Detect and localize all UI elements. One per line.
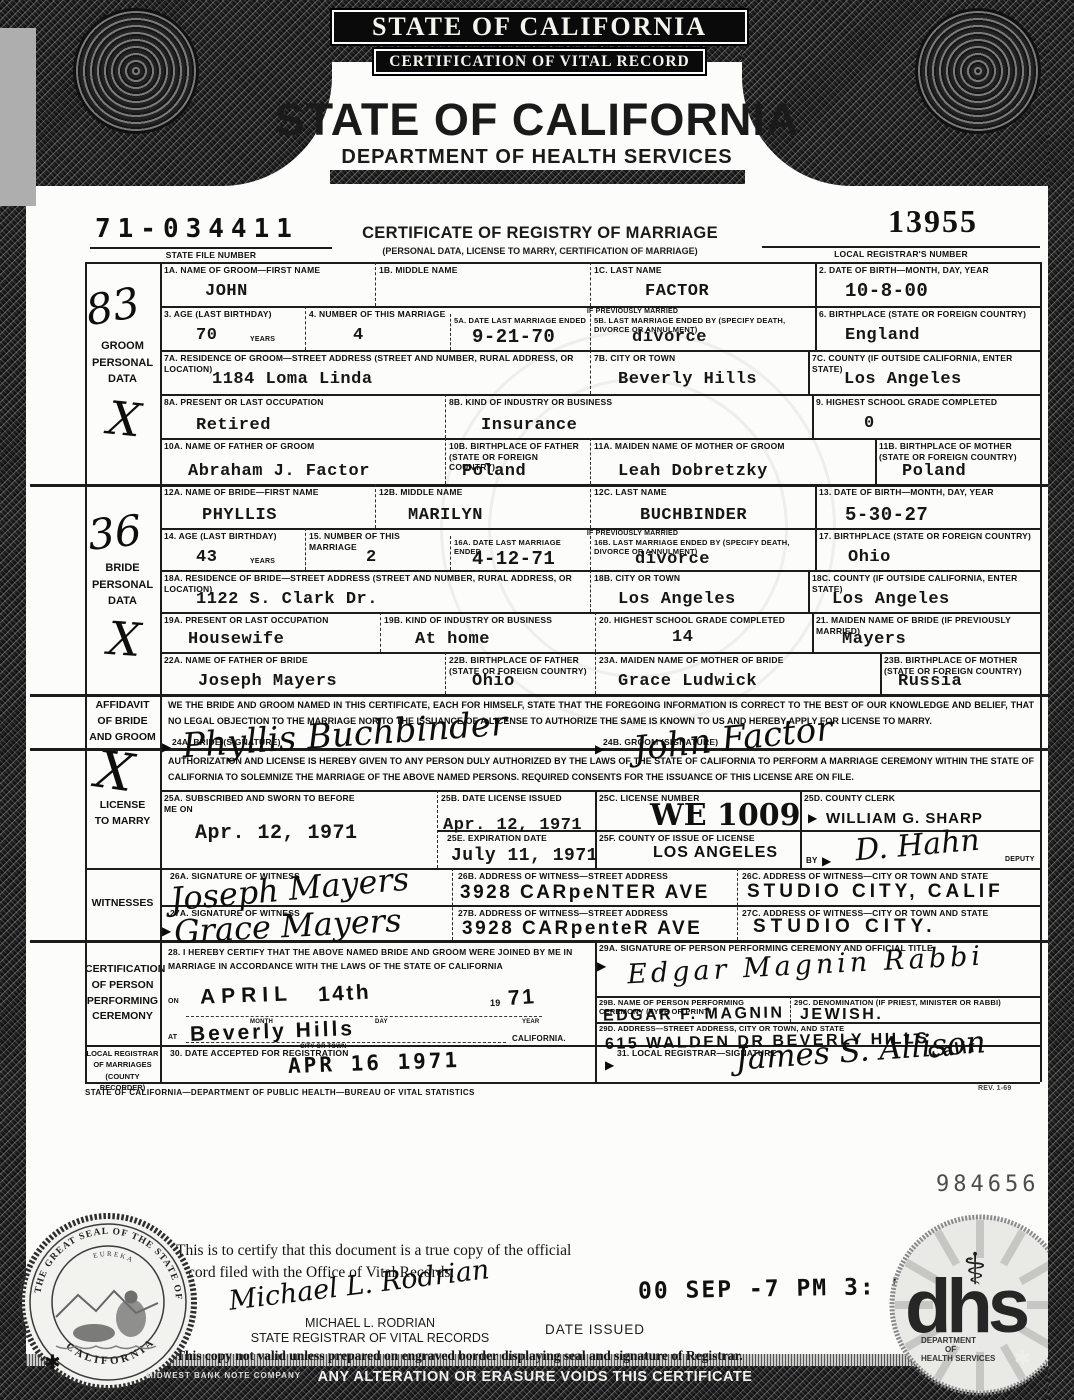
local-registrar-number-label: LOCAL REGISTRAR'S NUMBER — [762, 249, 1040, 260]
field-5b-groom-last-marriage-ended-by: 5B. LAST MARRIAGE ENDED BY (SPECIFY DEAT… — [590, 314, 815, 350]
field-value: Poland — [462, 462, 526, 481]
field-value: Abraham J. Factor — [188, 462, 370, 481]
field-25a-subscribed-and-sworn: 25A. SUBSCRIBED AND SWORN TO BEFORE ME O… — [160, 790, 437, 868]
handwritten-groom-age-note: 83 — [82, 278, 143, 336]
form-revision-note: REV. 1-69 — [978, 1085, 1011, 1094]
field-label: 13. DATE OF BIRTH—MONTH, DAY, YEAR — [819, 487, 994, 498]
state-file-number-label: STATE FILE NUMBER — [90, 250, 332, 261]
license-number-stamp: WE 1009 — [650, 798, 801, 833]
field-1b-groom-middle-name: 1B. MIDDLE NAME — [375, 262, 590, 306]
field-16b-bride-last-marriage-ended-by: 16B. LAST MARRIAGE ENDED BY (SPECIFY DEA… — [590, 536, 815, 570]
field-label: 25E. EXPIRATION DATE — [447, 833, 547, 844]
field-label: 15. NUMBER OF THIS MARRIAGE — [309, 531, 450, 552]
by-label: BY — [806, 856, 818, 866]
field-24a-bride-signature: 24A. BRIDE (SIGNATURE) ▶ Phyllis Buchbin… — [160, 715, 595, 748]
dhs-sub1: DEPARTMENT — [921, 1336, 976, 1345]
field-25e-expiration-date: 25E. EXPIRATION DATE July 11, 1971 — [437, 830, 595, 868]
field-8b-groom-industry: 8B. KIND OF INDUSTRY OR BUSINESS Insuran… — [445, 394, 812, 438]
field-label: 3. AGE (LAST BIRTHDAY) — [164, 309, 272, 320]
field-23a-mother-of-bride: 23A. MAIDEN NAME OF MOTHER OF BRIDE Grac… — [595, 652, 880, 694]
field-23b-mother-birthplace: 23B. BIRTHPLACE OF MOTHER (STATE OR FORE… — [880, 652, 1040, 694]
field-18b-bride-city: 18B. CITY OR TOWN Los Angeles — [590, 570, 808, 612]
field-label: 5A. DATE LAST MARRIAGE ENDED — [454, 316, 586, 325]
year-sublabel: YEAR — [522, 1019, 539, 1027]
field-value: Los Angeles — [618, 590, 736, 609]
field-18a-bride-residence: 18A. RESIDENCE OF BRIDE—STREET ADDRESS (… — [160, 570, 590, 612]
witness1-street-handwriting: 3928 CARpeNTER AVE — [460, 882, 710, 904]
field-value: July 11, 1971 — [451, 846, 598, 866]
section-label-affidavit: AFFIDAVIT OF BRIDE AND GROOM — [85, 698, 160, 745]
section-label-local-registrar: LOCAL REGISTRAR OF MARRIAGES (COUNTY REC… — [83, 1048, 162, 1093]
form-line — [90, 247, 332, 249]
seal-bear-art — [73, 1324, 115, 1342]
date-issued-stamp: 00 SEP -7 PM 3: 58 — [638, 1274, 924, 1305]
county-of-issue-value: LOS ANGELES — [653, 844, 778, 862]
field-29a-officiant-signature: 29A. SIGNATURE OF PERSON PERFORMING CERE… — [595, 940, 1040, 996]
field-value: 10-8-00 — [845, 280, 928, 302]
alteration-warning: ANY ALTERATION OR ERASURE VOIDS THIS CER… — [315, 1369, 755, 1385]
field-value: 1122 S. Clark Dr. — [196, 590, 378, 609]
field-label: 14. AGE (LAST BIRTHDAY) — [164, 531, 277, 542]
field-value: Mayers — [842, 630, 906, 649]
arrow-icon: ▶ — [162, 741, 171, 753]
field-16a-bride-date-last-marriage-ended: 16A. DATE LAST MARRIAGE ENDED 4-12-71 — [450, 536, 590, 570]
field-18c-bride-county: 18C. COUNTY (IF OUTSIDE CALIFORNIA, ENTE… — [808, 570, 1040, 612]
field-3-groom-age: 3. AGE (LAST BIRTHDAY) 70 YEARS — [160, 306, 305, 350]
section-label-ceremony: CERTIFICATION OF PERSON PERFORMING CEREM… — [85, 962, 160, 1025]
certificate-subtitle: (PERSONAL DATA, LICENSE TO MARRY, CERTIF… — [330, 246, 750, 256]
witness2-city-handwriting: STUDIO CITY. — [753, 916, 937, 938]
form-line — [1040, 262, 1042, 1082]
field-9-groom-school-grade: 9. HIGHEST SCHOOL GRADE COMPLETED 0 — [812, 394, 1040, 438]
field-value: Los Angeles — [844, 370, 962, 389]
field-value: Los Angeles — [832, 590, 950, 609]
form-line — [186, 1026, 506, 1043]
ceremony-cert-text: 28. I HEREBY CERTIFY THAT THE ABOVE NAME… — [168, 945, 588, 974]
field-value: Grace Ludwick — [618, 672, 757, 691]
field-label: 22A. NAME OF FATHER OF BRIDE — [164, 655, 308, 666]
section-label-license-to-marry: LICENSE TO MARRY — [85, 798, 160, 830]
field-7a-groom-residence: 7A. RESIDENCE OF GROOM—STREET ADDRESS (S… — [160, 350, 590, 394]
arrow-icon: ▶ — [808, 812, 817, 824]
field-25c-license-number: 25C. LICENSE NUMBER WE 1009 — [595, 790, 800, 830]
field-26c-witness-city-state: 26C. ADDRESS OF WITNESS—CITY OR TOWN AND… — [737, 868, 1040, 905]
field-label: 11A. MAIDEN NAME OF MOTHER OF GROOM — [594, 441, 785, 452]
field-value: At home — [415, 630, 490, 649]
seal-minerva-head-art — [125, 1291, 138, 1304]
field-19a-bride-occupation: 19A. PRESENT OR LAST OCCUPATION Housewif… — [160, 612, 380, 652]
field-label: 1B. MIDDLE NAME — [379, 265, 458, 276]
local-registrar-number: 13955 — [888, 203, 978, 240]
field-value: Insurance — [481, 416, 577, 435]
field-label: 1C. LAST NAME — [594, 265, 662, 276]
field-label: 25F. COUNTY OF ISSUE OF LICENSE — [599, 833, 755, 844]
registration-date-stamp: APR 16 1971 — [288, 1048, 461, 1078]
field-7c-groom-county: 7C. COUNTY (IF OUTSIDE CALIFORNIA, ENTER… — [808, 350, 1040, 394]
state-file-number: 71-034411 — [95, 214, 299, 244]
field-14-bride-age: 14. AGE (LAST BIRTHDAY) 43 YEARS — [160, 528, 305, 570]
arrow-icon: ▶ — [605, 1059, 614, 1071]
field-24b-groom-signature: 24B. GROOM (SIGNATURE) ▶ John Factor — [595, 715, 1040, 748]
field-value: BUCHBINDER — [640, 506, 747, 525]
field-value: Leah Dobretzky — [618, 462, 768, 481]
date-issued-label: DATE ISSUED — [545, 1322, 645, 1337]
arrow-icon: ▶ — [597, 960, 606, 972]
field-29b-officiant-name: 29B. NAME OF PERSON PERFORMING CEREMONY … — [595, 996, 790, 1022]
bank-note-company-imprint: MIDWEST BANK NOTE COMPANY — [146, 1371, 301, 1380]
handwritten-x-mark-bride: X — [106, 611, 142, 667]
section-label-groom-personal-data: GROOM PERSONAL DATA — [85, 338, 160, 388]
form-line — [85, 262, 87, 1082]
field-11b-mother-birthplace: 11B. BIRTHPLACE OF MOTHER (STATE OR FORE… — [875, 438, 1040, 484]
at-label: AT — [168, 1034, 177, 1043]
field-22a-father-of-bride: 22A. NAME OF FATHER OF BRIDE Joseph Maye… — [160, 652, 445, 694]
field-10b-father-birthplace: 10B. BIRTHPLACE OF FATHER (STATE OR FORE… — [445, 438, 590, 484]
field-label: 23A. MAIDEN NAME OF MOTHER OF BRIDE — [599, 655, 784, 666]
witness1-city-handwriting: STUDIO CITY, CALIF — [747, 881, 1004, 903]
page-title: STATE OF CALIFORNIA — [237, 94, 837, 146]
dhs-logo: ⚕ dhs DEPARTMENT OF HEALTH SERVICES — [885, 1210, 1074, 1400]
field-value: Housewife — [188, 630, 284, 649]
field-label: 1A. NAME OF GROOM—FIRST NAME — [164, 265, 320, 276]
authorization-statement: AUTHORIZATION AND LICENSE IS HEREBY GIVE… — [168, 754, 1034, 786]
field-13-bride-date-of-birth: 13. DATE OF BIRTH—MONTH, DAY, YEAR 5-30-… — [815, 484, 1040, 528]
field-label: 22B. BIRTHPLACE OF FATHER (STATE OR FORE… — [449, 655, 589, 676]
field-12c-bride-last-name: 12C. LAST NAME BUCHBINDER — [590, 484, 815, 528]
field-12b-bride-middle-name: 12B. MIDDLE NAME MARILYN — [375, 484, 590, 528]
field-value: Joseph Mayers — [198, 672, 337, 691]
field-value: divorce — [635, 550, 710, 569]
on-label: ON — [168, 998, 179, 1007]
deputy-signature-cell: BY ▶ D. Hahn DEPUTY — [800, 830, 1040, 868]
field-unit-label: YEARS — [250, 558, 275, 567]
field-value: Poland — [902, 462, 966, 481]
deputy-label: DEPUTY — [1005, 856, 1035, 865]
seal-minerva-art — [116, 1299, 146, 1337]
field-30-date-accepted: 30. DATE ACCEPTED FOR REGISTRATION APR 1… — [160, 1045, 595, 1082]
field-25d-county-clerk: 25D. COUNTY CLERK ▶ WILLIAM G. SHARP — [800, 790, 1040, 830]
field-15-bride-number-of-marriage: 15. NUMBER OF THIS MARRIAGE 2 — [305, 528, 450, 570]
field-label: 8B. KIND OF INDUSTRY OR BUSINESS — [449, 397, 612, 408]
field-label: 19A. PRESENT OR LAST OCCUPATION — [164, 615, 329, 626]
rosette-medallion-right — [915, 8, 1041, 134]
field-label: 6. BIRTHPLACE (STATE OR FOREIGN COUNTRY) — [819, 309, 1026, 320]
certificate-title: CERTIFICATE OF REGISTRY OF MARRIAGE — [330, 224, 750, 243]
section-label-bride-personal-data: BRIDE PERSONAL DATA — [85, 560, 160, 610]
arrow-icon: ▶ — [162, 925, 171, 937]
state-registrar-name: MICHAEL L. RODRIAN — [200, 1316, 540, 1330]
field-label: 2. DATE OF BIRTH—MONTH, DAY, YEAR — [819, 265, 989, 276]
field-value: MARILYN — [408, 506, 483, 525]
field-label: 10A. NAME OF FATHER OF GROOM — [164, 441, 314, 452]
field-label: 12B. MIDDLE NAME — [379, 487, 463, 498]
field-7b-groom-city: 7B. CITY OR TOWN Beverly Hills — [590, 350, 808, 394]
field-value: divorce — [632, 328, 707, 347]
dhs-sub2: OF — [945, 1345, 956, 1354]
form-line — [762, 246, 1040, 248]
field-6-groom-birthplace: 6. BIRTHPLACE (STATE OR FOREIGN COUNTRY)… — [815, 306, 1040, 350]
field-unit-label: YEARS — [250, 336, 275, 345]
field-label: 25B. DATE LICENSE ISSUED — [441, 793, 562, 804]
field-20-bride-school-grade: 20. HIGHEST SCHOOL GRADE COMPLETED 14 — [595, 612, 812, 652]
field-22b-father-birthplace: 22B. BIRTHPLACE OF FATHER (STATE OR FORE… — [445, 652, 595, 694]
field-21-maiden-name-of-bride: 21. MAIDEN NAME OF BRIDE (IF PREVIOUSLY … — [812, 612, 1040, 652]
field-label: 26B. ADDRESS OF WITNESS—STREET ADDRESS — [458, 871, 668, 882]
field-25b-date-license-issued: 25B. DATE LICENSE ISSUED Apr. 12, 1971 — [437, 790, 595, 830]
field-17-bride-birthplace: 17. BIRTHPLACE (STATE OR FOREIGN COUNTRY… — [815, 528, 1040, 570]
field-27c-witness-city-state: 27C. ADDRESS OF WITNESS—CITY OR TOWN AND… — [737, 905, 1040, 940]
banner-state-of-california: STATE OF CALIFORNIA — [330, 8, 749, 46]
field-27b-witness-street-address: 27B. ADDRESS OF WITNESS—STREET ADDRESS 3… — [452, 905, 737, 940]
field-label: 7B. CITY OR TOWN — [594, 353, 675, 364]
field-11a-mother-of-groom: 11A. MAIDEN NAME OF MOTHER OF GROOM Leah… — [590, 438, 875, 484]
field-value: 4-12-71 — [472, 548, 555, 570]
field-label: 8A. PRESENT OR LAST OCCUPATION — [164, 397, 324, 408]
arrow-icon: ▶ — [822, 855, 831, 867]
validity-notice: This copy not valid unless prepared on e… — [176, 1348, 743, 1364]
form-line — [85, 1082, 1040, 1084]
field-value: 0 — [864, 414, 875, 433]
field-26b-witness-street-address: 26B. ADDRESS OF WITNESS—STREET ADDRESS 3… — [452, 868, 737, 905]
scan-artifact-gray-block — [0, 28, 36, 206]
border-right-band — [1048, 0, 1074, 1400]
handwritten-x-mark-groom: X — [105, 390, 143, 447]
field-19b-bride-industry: 19B. KIND OF INDUSTRY OR BUSINESS At hom… — [380, 612, 595, 652]
field-8a-groom-occupation: 8A. PRESENT OR LAST OCCUPATION Retired — [160, 394, 445, 438]
handwritten-bride-age-note: 36 — [86, 505, 144, 559]
field-value: Russia — [898, 672, 962, 691]
field-27a-witness-signature: 27A. SIGNATURE OF WITNESS ▶ Grace Mayers — [160, 905, 452, 940]
witness2-street-handwriting: 3928 CARpenteR AVE — [462, 918, 702, 940]
field-29c-denomination: 29C. DENOMINATION (IF PRIEST, MINISTER O… — [790, 996, 1040, 1022]
field-label: 9. HIGHEST SCHOOL GRADE COMPLETED — [816, 397, 997, 408]
field-label: 12A. NAME OF BRIDE—FIRST NAME — [164, 487, 319, 498]
field-value: Beverly Hills — [618, 370, 757, 389]
field-value: 43 — [196, 548, 217, 567]
field-label: 4. NUMBER OF THIS MARRIAGE — [309, 309, 445, 320]
field-31-local-registrar-signature: 31. LOCAL REGISTRAR—SIGNATURE ▶ James S.… — [595, 1045, 1040, 1082]
field-value: FACTOR — [645, 282, 709, 301]
field-25f-county-of-issue: 25F. COUNTY OF ISSUE OF LICENSE LOS ANGE… — [595, 830, 800, 868]
field-5a-groom-date-last-marriage-ended: 5A. DATE LAST MARRIAGE ENDED 9-21-70 — [450, 314, 590, 350]
field-28-ceremony-certification: 28. I HEREBY CERTIFY THAT THE ABOVE NAME… — [160, 940, 595, 1046]
marriage-certificate-scan: STATE OF CALIFORNIA CERTIFICATION OF VIT… — [0, 0, 1074, 1400]
field-value: 5-30-27 — [845, 504, 928, 526]
field-label: 25A. SUBSCRIBED AND SWORN TO BEFORE ME O… — [164, 793, 364, 814]
border-left-band — [0, 0, 26, 1400]
rosette-medallion-left — [73, 8, 199, 134]
star-icon: ✱ — [44, 1350, 61, 1375]
field-label: 25D. COUNTY CLERK — [804, 793, 895, 804]
field-value: 4 — [353, 326, 364, 345]
field-value: 1184 Loma Linda — [212, 370, 373, 389]
section-label-witnesses: WITNESSES — [85, 896, 160, 912]
field-value: Apr. 12, 1971 — [195, 822, 358, 845]
banner-certification-of-vital-record: CERTIFICATION OF VITAL RECORD — [372, 47, 707, 76]
field-1c-groom-last-name: 1C. LAST NAME FACTOR — [590, 262, 815, 306]
field-2-groom-date-of-birth: 2. DATE OF BIRTH—MONTH, DAY, YEAR 10-8-0… — [815, 262, 1040, 306]
page-subtitle: DEPARTMENT OF HEALTH SERVICES — [237, 146, 837, 169]
field-label: 19B. KIND OF INDUSTRY OR BUSINESS — [384, 615, 552, 626]
border-garland-strip — [330, 170, 745, 184]
form-line — [30, 694, 1048, 697]
field-label: 17. BIRTHPLACE (STATE OR FOREIGN COUNTRY… — [819, 531, 1031, 542]
star-icon: ✱ — [1014, 1346, 1031, 1371]
field-10a-father-of-groom: 10A. NAME OF FATHER OF GROOM Abraham J. … — [160, 438, 445, 484]
field-value: Retired — [196, 416, 271, 435]
california-suffix: CALIFORNIA. — [512, 1034, 566, 1044]
field-value: PHYLLIS — [202, 506, 277, 525]
field-label: 12C. LAST NAME — [594, 487, 667, 498]
field-value: Ohio — [848, 548, 891, 567]
field-value: England — [845, 326, 920, 345]
field-1a-groom-first-name: 1A. NAME OF GROOM—FIRST NAME JOHN — [160, 262, 375, 306]
field-value: 70 — [196, 326, 217, 345]
field-value: 9-21-70 — [472, 326, 555, 348]
field-26a-witness-signature: 26A. SIGNATURE OF WITNESS Joseph Mayers — [160, 868, 452, 905]
field-label: 20. HIGHEST SCHOOL GRADE COMPLETED — [599, 615, 785, 626]
field-value: JOHN — [205, 282, 248, 301]
field-value: 2 — [366, 548, 377, 567]
dhs-sub3: HEALTH SERVICES — [921, 1354, 996, 1363]
field-value: Ohio — [472, 672, 515, 691]
field-label: 18B. CITY OR TOWN — [594, 573, 680, 584]
form-line — [186, 1000, 542, 1017]
deputy-signature-handwriting: D. Hahn — [854, 823, 981, 869]
field-label: 11B. BIRTHPLACE OF MOTHER (STATE OR FORE… — [879, 441, 1034, 462]
state-registrar-title: STATE REGISTRAR OF VITAL RECORDS — [200, 1331, 540, 1345]
document-serial-number: 984656 — [936, 1172, 1039, 1197]
form-footer-line: STATE OF CALIFORNIA—DEPARTMENT OF PUBLIC… — [85, 1088, 475, 1098]
field-value: 14 — [672, 628, 693, 647]
field-4-groom-number-of-marriage: 4. NUMBER OF THIS MARRIAGE 4 — [305, 306, 450, 350]
field-12a-bride-first-name: 12A. NAME OF BRIDE—FIRST NAME PHYLLIS — [160, 484, 375, 528]
